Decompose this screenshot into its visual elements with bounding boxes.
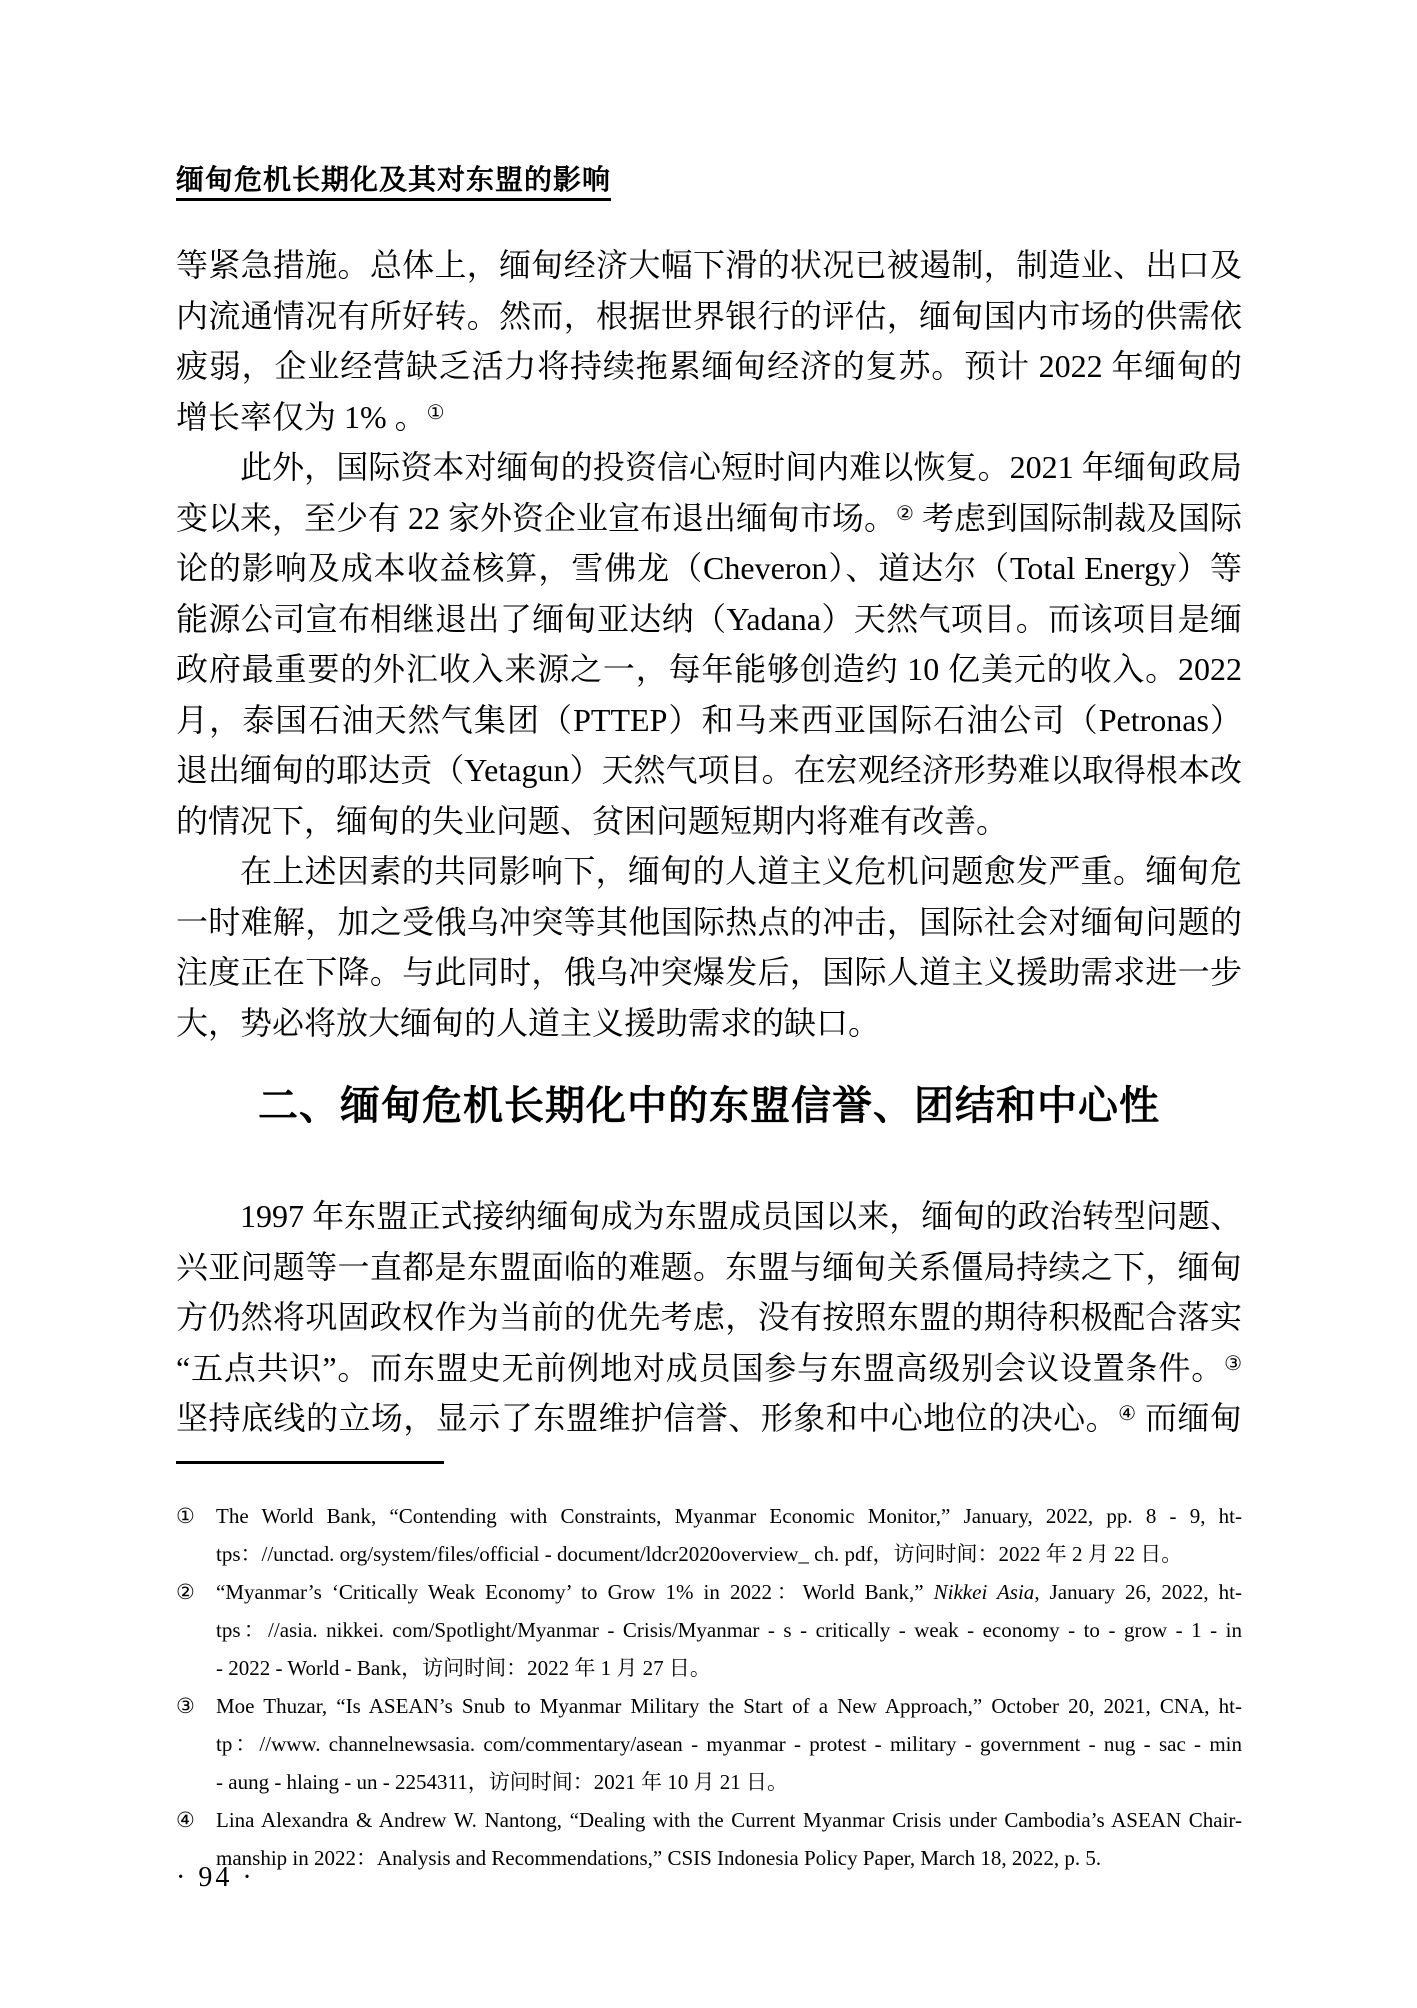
- text-segment: 月，泰国石油天然气集团（PTTEP）和马来西亚国际石油公司（Petronas）宣…: [176, 702, 1242, 746]
- footnote-number: ③: [176, 1687, 195, 1725]
- text-line: 内流通情况有所好转。然而，根据世界银行的评估，缅甸国内市场的供需依然: [176, 291, 1242, 342]
- text-segment: 大，势必将放大缅甸的人道主义援助需求的缺口。: [176, 1005, 880, 1041]
- text-segment: 增长率仅为 1% 。: [176, 399, 427, 435]
- text-line: 增长率仅为 1% 。①: [176, 392, 1242, 443]
- footnote-reference-marker: ④: [1118, 1403, 1136, 1425]
- text-line: 论的影响及成本收益核算，雪佛龙（Cheveron）、道达尔（Total Ener…: [176, 543, 1242, 594]
- text-line: 兴亚问题等一直都是东盟面临的难题。东盟与缅甸关系僵局持续之下，缅甸军: [176, 1242, 1242, 1293]
- text-segment: 在上述因素的共同影响下，缅甸的人道主义危机问题愈发严重。缅甸危机: [176, 853, 1242, 897]
- text-segment: 论的影响及成本收益核算，雪佛龙（Cheveron）、道达尔（Total Ener…: [176, 550, 1242, 594]
- text-line: - 2022 - World - Bank，访问时间：2022 年 1 月 27…: [216, 1649, 1242, 1687]
- text-line: 大，势必将放大缅甸的人道主义援助需求的缺口。: [176, 998, 1242, 1049]
- text-line: “五点共识”。而东盟史无前例地对成员国参与东盟高级别会议设置条件。③ 东盟: [176, 1343, 1242, 1394]
- paragraph: 等紧急措施。总体上，缅甸经济大幅下滑的状况已被遏制，制造业、出口及国内流通情况有…: [176, 240, 1242, 442]
- page-number: · 94 ·: [176, 1862, 1242, 1894]
- footnote: ③Moe Thuzar, “Is ASEAN’s Snub to Myanmar…: [176, 1687, 1242, 1801]
- text-segment: 1997 年东盟正式接纳缅甸成为东盟成员国以来，缅甸的政治转型问题、罗: [176, 1198, 1242, 1242]
- paragraph: 在上述因素的共同影响下，缅甸的人道主义危机问题愈发严重。缅甸危机一时难解，加之受…: [176, 846, 1242, 1048]
- text-line: 疲弱，企业经营缺乏活力将持续拖累缅甸经济的复苏。预计 2022 年缅甸的经济: [176, 341, 1242, 392]
- footnote-reference-marker: ①: [427, 402, 445, 424]
- footnote-reference-marker: ②: [896, 503, 914, 525]
- text-line: 变以来，至少有 22 家外资企业宣布退出缅甸市场。② 考虑到国际制裁及国际舆: [176, 493, 1242, 544]
- text-segment: Lina Alexandra & Andrew W. Nantong, “Dea…: [216, 1808, 1242, 1832]
- document-page: 缅甸危机长期化及其对东盟的影响 等紧急措施。总体上，缅甸经济大幅下滑的状况已被遏…: [0, 0, 1417, 2008]
- text-line: 政府最重要的外汇收入来源之一，每年能够创造约 10 亿美元的收入。2022 年 …: [176, 644, 1242, 695]
- text-line: 一时难解，加之受俄乌冲突等其他国际热点的冲击，国际社会对缅甸问题的关: [176, 897, 1242, 948]
- italic-text: Nikkei Asia: [934, 1580, 1035, 1604]
- text-segment: 等紧急措施。总体上，缅甸经济大幅下滑的状况已被遏制，制造业、出口及国: [176, 247, 1242, 291]
- text-line: 能源公司宣布相继退出了缅甸亚达纳（Yadana）天然气项目。而该项目是缅甸: [176, 594, 1242, 645]
- text-segment: 退出缅甸的耶达贡（Yetagun）天然气项目。在宏观经济形势难以取得根本改善: [176, 752, 1242, 796]
- text-line: 1997 年东盟正式接纳缅甸成为东盟成员国以来，缅甸的政治转型问题、罗: [176, 1191, 1242, 1242]
- text-line: Moe Thuzar, “Is ASEAN’s Snub to Myanmar …: [216, 1687, 1242, 1725]
- footnote-number: ②: [176, 1573, 195, 1611]
- paragraph: 1997 年东盟正式接纳缅甸成为东盟成员国以来，缅甸的政治转型问题、罗兴亚问题等…: [176, 1191, 1242, 1444]
- text-segment: 政府最重要的外汇收入来源之一，每年能够创造约 10 亿美元的收入。2022 年 …: [176, 651, 1242, 695]
- text-segment: “Myanmar’s ‘Critically Weak Economy’ to …: [216, 1580, 934, 1604]
- text-line: 方仍然将巩固政权作为当前的优先考虑，没有按照东盟的期待积极配合落实: [176, 1292, 1242, 1343]
- running-header-title: 缅甸危机长期化及其对东盟的影响: [176, 164, 611, 201]
- body-text-lower: 1997 年东盟正式接纳缅甸成为东盟成员国以来，缅甸的政治转型问题、罗兴亚问题等…: [176, 1191, 1242, 1444]
- text-segment: 的情况下，缅甸的失业问题、贫困问题短期内将难有改善。: [176, 803, 1008, 839]
- text-line: 坚持底线的立场，显示了东盟维护信誉、形象和中心地位的决心。④ 而缅甸危机: [176, 1393, 1242, 1444]
- text-segment: , January 26, 2022, ht-: [1034, 1580, 1242, 1604]
- text-line: tp：//www. channelnewsasia. com/commentar…: [216, 1725, 1242, 1763]
- text-segment: 坚持底线的立场，显示了东盟维护信誉、形象和中心地位的决心。: [176, 1400, 1118, 1436]
- footnote-reference-marker: ③: [1224, 1353, 1242, 1375]
- text-segment: 兴亚问题等一直都是东盟面临的难题。东盟与缅甸关系僵局持续之下，缅甸军: [176, 1249, 1242, 1293]
- text-segment: 疲弱，企业经营缺乏活力将持续拖累缅甸经济的复苏。预计 2022 年缅甸的经济: [176, 348, 1242, 392]
- footnote: ①The World Bank, “Contending with Constr…: [176, 1497, 1242, 1573]
- body-text-upper: 等紧急措施。总体上，缅甸经济大幅下滑的状况已被遏制，制造业、出口及国内流通情况有…: [176, 240, 1242, 1048]
- text-line: tps：//unctad. org/system/files/official …: [216, 1535, 1242, 1573]
- text-segment: Moe Thuzar, “Is ASEAN’s Snub to Myanmar …: [216, 1694, 1242, 1718]
- text-line: 注度正在下降。与此同时，俄乌冲突爆发后，国际人道主义援助需求进一步增: [176, 947, 1242, 998]
- text-line: tps：//asia. nikkei. com/Spotlight/Myanma…: [216, 1611, 1242, 1649]
- text-line: 此外，国际资本对缅甸的投资信心短时间内难以恢复。2021 年缅甸政局突: [176, 442, 1242, 493]
- text-line: 在上述因素的共同影响下，缅甸的人道主义危机问题愈发严重。缅甸危机: [176, 846, 1242, 897]
- text-line: 等紧急措施。总体上，缅甸经济大幅下滑的状况已被遏制，制造业、出口及国: [176, 240, 1242, 291]
- text-segment: - 2022 - World - Bank，访问时间：2022 年 1 月 27…: [216, 1656, 711, 1680]
- text-line: “Myanmar’s ‘Critically Weak Economy’ to …: [216, 1573, 1242, 1611]
- text-line: 的情况下，缅甸的失业问题、贫困问题短期内将难有改善。: [176, 796, 1242, 847]
- section-heading: 二、缅甸危机长期化中的东盟信誉、团结和中心性: [176, 1080, 1242, 1132]
- footnote-divider: [176, 1461, 444, 1464]
- text-segment: 一时难解，加之受俄乌冲突等其他国际热点的冲击，国际社会对缅甸问题的关: [176, 904, 1242, 948]
- text-segment: tps：//asia. nikkei. com/Spotlight/Myanma…: [216, 1618, 1242, 1642]
- text-segment: tps：//unctad. org/system/files/official …: [216, 1542, 1182, 1566]
- text-line: - aung - hlaing - un - 2254311，访问时间：2021…: [216, 1763, 1242, 1801]
- text-segment: 能源公司宣布相继退出了缅甸亚达纳（Yadana）天然气项目。而该项目是缅甸: [176, 601, 1242, 645]
- text-segment: 注度正在下降。与此同时，俄乌冲突爆发后，国际人道主义援助需求进一步增: [176, 954, 1242, 998]
- text-segment: “五点共识”。而东盟史无前例地对成员国参与东盟高级别会议设置条件。: [176, 1350, 1224, 1386]
- text-segment: tp：//www. channelnewsasia. com/commentar…: [216, 1732, 1242, 1756]
- text-line: 退出缅甸的耶达贡（Yetagun）天然气项目。在宏观经济形势难以取得根本改善: [176, 745, 1242, 796]
- text-line: 月，泰国石油天然气集团（PTTEP）和马来西亚国际石油公司（Petronas）宣…: [176, 695, 1242, 746]
- text-line: Lina Alexandra & Andrew W. Nantong, “Dea…: [216, 1801, 1242, 1839]
- text-segment: 内流通情况有所好转。然而，根据世界银行的评估，缅甸国内市场的供需依然: [176, 298, 1242, 342]
- footnote-number: ④: [176, 1801, 195, 1839]
- running-header: 缅甸危机长期化及其对东盟的影响: [176, 163, 1242, 197]
- text-segment: The World Bank, “Contending with Constra…: [216, 1504, 1242, 1528]
- paragraph: 此外，国际资本对缅甸的投资信心短时间内难以恢复。2021 年缅甸政局突变以来，至…: [176, 442, 1242, 846]
- footnote-number: ①: [176, 1497, 195, 1535]
- text-segment: 方仍然将巩固政权作为当前的优先考虑，没有按照东盟的期待积极配合落实: [176, 1299, 1242, 1335]
- footnote: ②“Myanmar’s ‘Critically Weak Economy’ to…: [176, 1573, 1242, 1687]
- text-segment: - aung - hlaing - un - 2254311，访问时间：2021…: [216, 1770, 788, 1794]
- footnotes: ①The World Bank, “Contending with Constr…: [176, 1497, 1242, 1877]
- text-line: The World Bank, “Contending with Constra…: [216, 1497, 1242, 1535]
- text-segment: 此外，国际资本对缅甸的投资信心短时间内难以恢复。2021 年缅甸政局突: [176, 449, 1242, 493]
- text-segment: 变以来，至少有 22 家外资企业宣布退出缅甸市场。: [176, 500, 896, 536]
